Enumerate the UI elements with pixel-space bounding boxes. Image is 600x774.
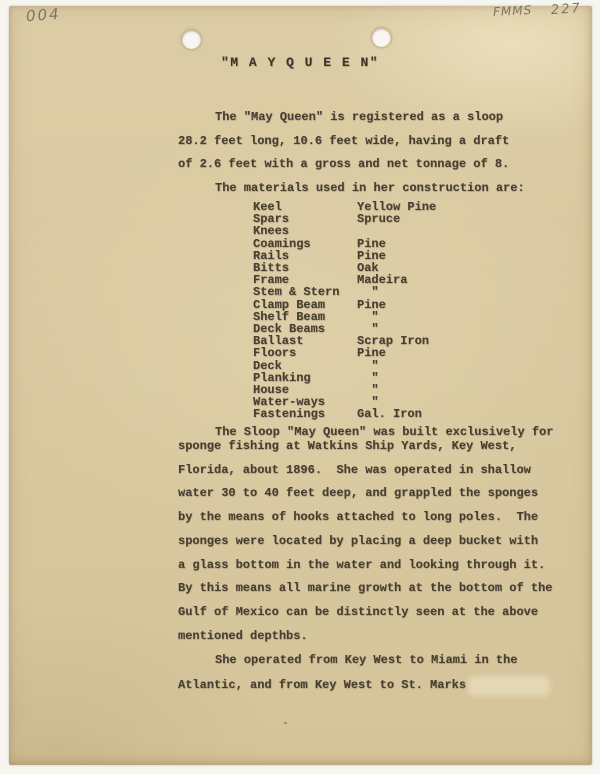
punch-hole-left	[182, 30, 201, 49]
paragraph-line: a glass bottom in the water and looking …	[178, 554, 553, 578]
paper-speck	[284, 722, 287, 724]
paragraph-line: Florida, about 1896. She was operated in…	[178, 459, 553, 483]
erased-text-smudge	[468, 676, 550, 696]
pencil-page-number: 004	[25, 5, 61, 25]
pencil-archive-number: 227	[551, 1, 583, 18]
material-item-label: Clamp Beam	[253, 299, 357, 311]
paragraph-line: by the means of hooks attached to long p…	[178, 506, 553, 530]
materials-row: Coamings Pine	[253, 238, 436, 250]
material-value: Gal. Iron	[357, 408, 422, 420]
materials-row: Deck "	[253, 360, 436, 372]
paragraph-line: of 2.6 feet with a gross and net tonnage…	[178, 153, 525, 177]
paragraph-line: By this means all marine growth at the b…	[178, 577, 553, 601]
pencil-archive-code: FMMS	[493, 3, 533, 19]
material-item-label: Deck	[253, 360, 357, 372]
material-item-label: Stem & Stern	[253, 286, 357, 298]
material-item-label: Floors	[253, 347, 357, 359]
materials-row: Knees	[253, 225, 436, 237]
material-value: Pine	[357, 238, 386, 250]
paragraph-line: She operated from Key West to Miami in t…	[178, 648, 517, 673]
paragraph-line: 28.2 feet long, 10.6 feet wide, having a…	[178, 130, 525, 154]
materials-row: Stem & Stern "	[253, 286, 436, 298]
paragraph-line: water 30 to 40 feet deep, and grappled t…	[178, 482, 553, 506]
material-item-label: Knees	[253, 225, 357, 237]
paragraph-line: Gulf of Mexico can be distinctly seen at…	[178, 601, 553, 625]
paragraph-line: sponge fishing at Watkins Ship Yards, Ke…	[178, 435, 553, 459]
material-value: Pine	[357, 299, 386, 311]
paragraph-line: The "May Queen" is registered as a sloop	[178, 106, 525, 130]
material-value: "	[357, 360, 379, 372]
document-scan: 004 FMMS 227 "M A Y Q U E E N" The "May …	[0, 0, 600, 774]
paragraph-routes: She operated from Key West to Miami in t…	[178, 648, 517, 697]
paragraph-line: mentioned depthbs.	[178, 625, 553, 649]
document-title: "M A Y Q U E E N"	[0, 55, 600, 70]
paragraph-line: The materials used in her construction a…	[178, 177, 525, 201]
paragraph-history: The Sloop "May Queen" was built exclusiv…	[178, 421, 553, 648]
materials-table: Keel Yellow Pine Spars Spruce Knees Coam…	[253, 201, 436, 421]
material-value: "	[357, 286, 379, 298]
materials-row: Floors Pine	[253, 347, 436, 359]
material-value: Pine	[357, 347, 386, 359]
material-value: Spruce	[357, 213, 400, 225]
material-item-label: Coamings	[253, 238, 357, 250]
punch-hole-right	[372, 28, 391, 47]
paragraph-line: sponges were located by placing a deep b…	[178, 530, 553, 554]
paragraph-registration: The "May Queen" is registered as a sloop…	[178, 106, 525, 200]
paragraph-line: Atlantic, and from Key West to St. Marks	[178, 673, 517, 698]
materials-row: Clamp Beam Pine	[253, 299, 436, 311]
material-item-label: Fastenings	[253, 408, 357, 420]
materials-row: Fastenings Gal. Iron	[253, 408, 436, 420]
